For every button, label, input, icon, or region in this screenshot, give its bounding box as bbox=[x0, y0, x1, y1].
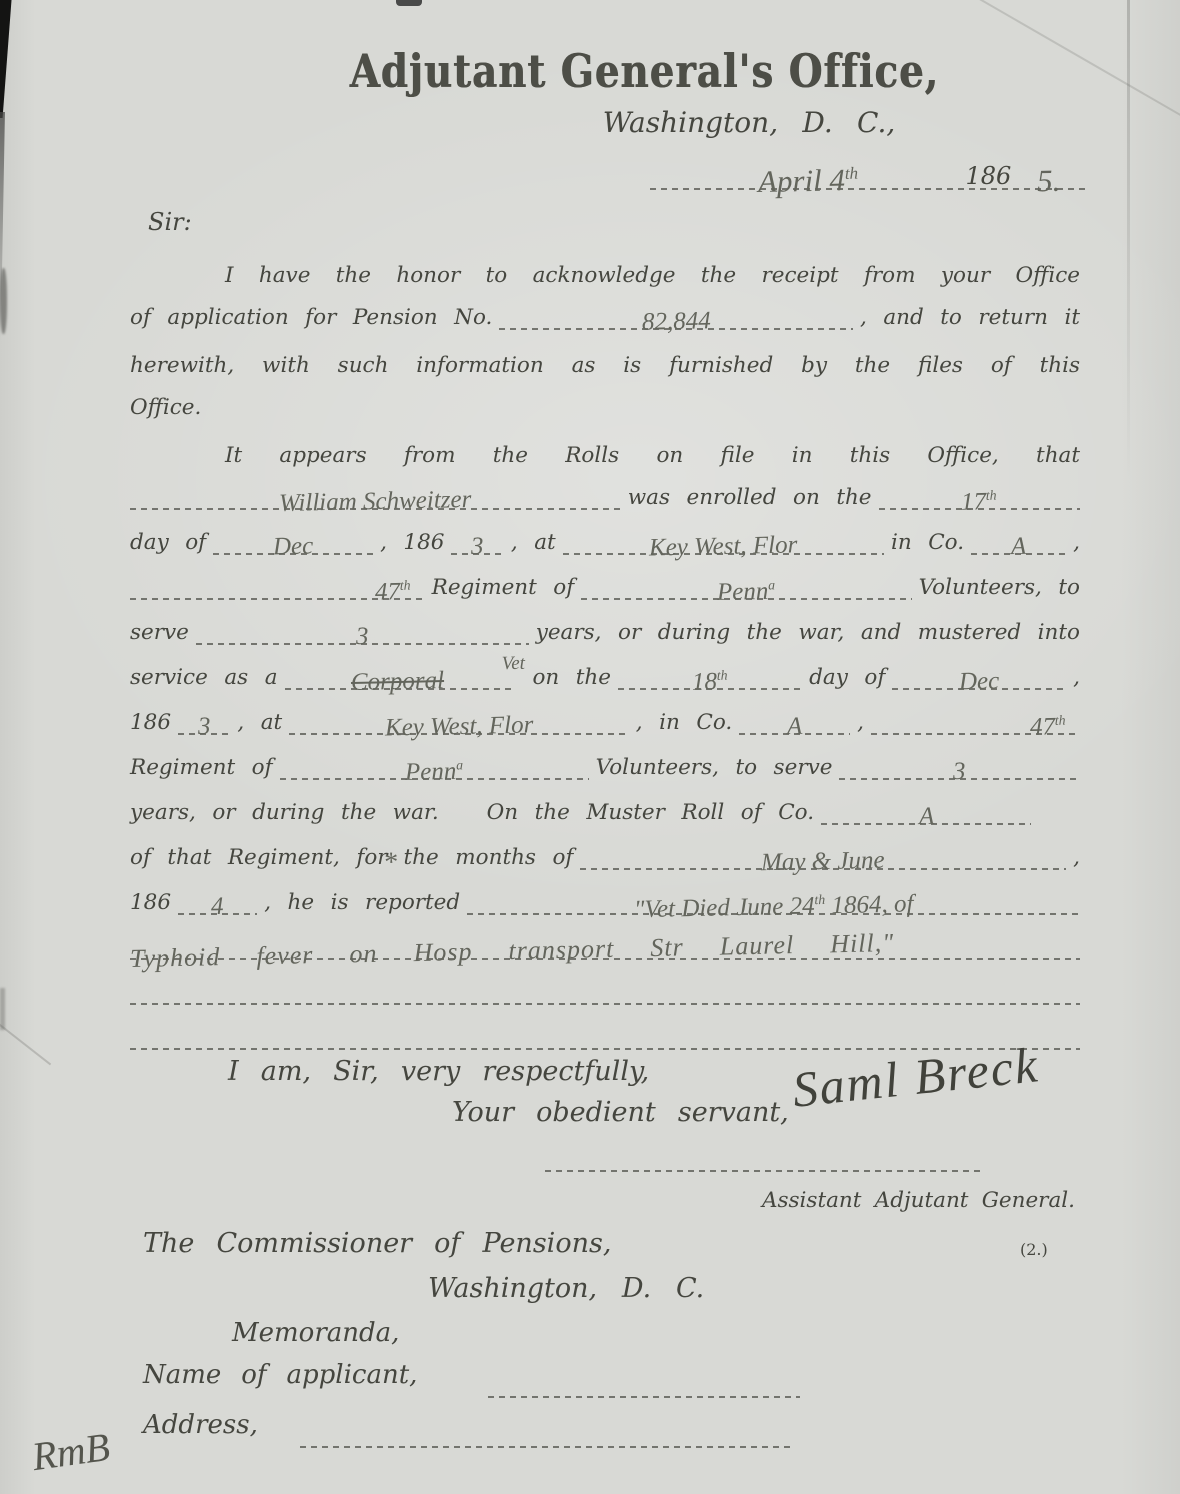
handwritten-entry: 47th bbox=[1030, 713, 1066, 742]
handwritten-entry: William Schweitzer bbox=[279, 487, 472, 519]
handwritten-entry: A bbox=[918, 804, 934, 832]
applicant-name-blank bbox=[488, 1396, 800, 1398]
salutation: Sir: bbox=[148, 208, 192, 236]
handwritten-entry: "Vet Died June 24th 1864, of bbox=[634, 891, 914, 925]
printed-text: 186 bbox=[130, 890, 171, 922]
filled-blank: "Vet Died June 24th 1864, of bbox=[467, 894, 1080, 922]
printed-text: of that Regiment, for bbox=[130, 845, 388, 877]
letter-line: Typhoid fever on Hosp transport Str Laur… bbox=[130, 922, 1080, 967]
handwritten-entry: 3 bbox=[953, 759, 966, 787]
closing-servant: Your obedient servant, bbox=[452, 1097, 789, 1128]
printed-text: , at bbox=[237, 710, 282, 742]
printed-text: herewith, with such information as is fu… bbox=[130, 353, 1080, 378]
superscript-note: Vet bbox=[502, 654, 526, 697]
addressee-city: Washington, D. C. bbox=[428, 1273, 704, 1304]
date-handwritten: April 4th bbox=[757, 164, 858, 199]
letterhead-title: Adjutant General's Office, bbox=[18, 45, 1163, 99]
filled-blank: Corporal bbox=[285, 669, 512, 697]
filled-blank: William Schweitzer bbox=[130, 489, 621, 517]
date-dashes bbox=[650, 188, 1086, 190]
handwritten-entry: 82,844 bbox=[642, 308, 711, 337]
pencil-initials: RmB bbox=[29, 1423, 113, 1480]
letter-line: Regiment ofPennaVolunteers, to serve3 bbox=[130, 742, 1080, 787]
handwritten-entry: 47th bbox=[375, 578, 411, 607]
filled-blank: Penna bbox=[581, 579, 911, 607]
filled-blank: Key West, Flor bbox=[563, 534, 884, 562]
printed-text: serve bbox=[130, 620, 189, 652]
handwritten-entry: Key West, Flor bbox=[649, 532, 798, 563]
letter-line: service as aCorporalVeton the18thday ofD… bbox=[130, 652, 1080, 697]
printed-text: Regiment of bbox=[130, 755, 273, 787]
address-blank bbox=[300, 1446, 792, 1448]
filled-blank: 47th bbox=[130, 579, 425, 607]
letter-line: 1864, he is reported"Vet Died June 24th … bbox=[130, 877, 1080, 922]
date-year-handwritten: 5. bbox=[1037, 165, 1061, 198]
printed-text: years, or during the war, and mustered i… bbox=[536, 620, 1080, 652]
filled-blank: A bbox=[821, 804, 1031, 832]
letter-line: herewith, with such information as is fu… bbox=[130, 337, 1080, 382]
printed-text: , bbox=[1073, 845, 1080, 877]
filled-blank: Dec bbox=[213, 534, 373, 562]
letterhead-city: Washington, D. C., bbox=[0, 106, 1180, 139]
printed-text: , he is reported bbox=[264, 890, 460, 922]
printed-text: It appears from the Rolls on file in thi… bbox=[225, 443, 1080, 468]
printed-text: Regiment of bbox=[432, 575, 575, 607]
handwritten-entry: 3 bbox=[356, 624, 369, 652]
handwritten-entry: A bbox=[787, 714, 803, 742]
letter-body: I have the honor to acknowledge the rece… bbox=[130, 247, 1080, 1057]
filled-blank: 82,844 bbox=[499, 309, 853, 337]
handwritten-entry: A bbox=[1011, 534, 1027, 562]
handwritten-entry: Penna bbox=[405, 758, 464, 788]
letter-line: William Schweitzerwas enrolled on the17t… bbox=[130, 472, 1080, 517]
printed-text: , in Co. bbox=[636, 710, 732, 742]
printed-text: was enrolled on the bbox=[628, 485, 872, 517]
printed-text: day of bbox=[809, 665, 885, 697]
page-number-marker: (2.) bbox=[1020, 1240, 1048, 1259]
printed-text: , bbox=[1073, 530, 1080, 562]
printed-text: 186 bbox=[130, 710, 171, 742]
printed-text: Office. bbox=[130, 395, 201, 427]
blank-dashes bbox=[130, 1003, 1080, 1005]
letter-line: years, or during the war.On the Muster R… bbox=[130, 787, 1080, 832]
filled-blank: A bbox=[971, 534, 1066, 562]
address-label: Address, bbox=[143, 1410, 258, 1440]
letter-line: Office. bbox=[130, 382, 1080, 427]
filled-blank: 3 bbox=[196, 624, 529, 652]
applicant-name-label: Name of applicant, bbox=[143, 1360, 417, 1390]
filled-blank: Key West, Flor bbox=[289, 714, 629, 742]
printed-text: , and to return it bbox=[860, 305, 1080, 337]
handwritten-entry: Dec bbox=[273, 534, 314, 563]
date-seg: 5. bbox=[1011, 165, 1086, 198]
handwritten-entry: Key West, Flor bbox=[385, 712, 534, 743]
printed-text: the months of bbox=[404, 845, 574, 877]
letter-line: 47thRegiment ofPennaVolunteers, to bbox=[130, 562, 1080, 607]
scan-edge-wedge bbox=[0, 0, 16, 118]
filled-blank: A bbox=[739, 714, 850, 742]
closing-respectfully: I am, Sir, very respectfully, bbox=[228, 1056, 649, 1087]
printed-text: years, or during the war. bbox=[130, 800, 439, 832]
handwritten-entry: 3 bbox=[471, 534, 484, 562]
printed-text: , 186 bbox=[380, 530, 444, 562]
filled-blank: Typhoid fever on Hosp transport Str Laur… bbox=[130, 938, 1080, 967]
date-seg: April 4th bbox=[650, 165, 965, 198]
paper-crease bbox=[0, 1021, 51, 1066]
filled-blank: 4 bbox=[178, 894, 257, 922]
printed-text: , bbox=[857, 710, 864, 742]
handwritten-entry: 17th bbox=[961, 488, 997, 517]
filled-blank: Dec bbox=[892, 669, 1066, 697]
addressee-line: The Commissioner of Pensions, bbox=[143, 1228, 611, 1259]
filled-blank: 3 bbox=[451, 534, 503, 562]
printed-text: day of bbox=[130, 530, 206, 562]
scanned-letter-page: Adjutant General's Office, Washington, D… bbox=[0, 0, 1180, 1494]
handwritten-entry: May & June bbox=[761, 848, 885, 879]
filled-blank: 18th bbox=[618, 669, 802, 697]
letter-line: day ofDec, 1863, atKey West, Florin Co.A… bbox=[130, 517, 1080, 562]
strikethrough-entry: Corporal bbox=[351, 668, 445, 698]
superscript-note: * bbox=[382, 849, 397, 877]
printed-text: service as a bbox=[130, 665, 278, 697]
printed-text: of application for Pension No. bbox=[130, 305, 492, 337]
printed-text: , bbox=[1073, 665, 1080, 697]
letter-line: serve3years, or during the war, and must… bbox=[130, 607, 1080, 652]
memoranda-heading: Memoranda, bbox=[232, 1318, 399, 1348]
filled-blank: 3 bbox=[839, 759, 1080, 787]
filled-blank: 3 bbox=[178, 714, 230, 742]
handwritten-entry: Penna bbox=[717, 578, 776, 608]
handwritten-entry: 18th bbox=[692, 668, 728, 697]
letter-line: of that Regiment, for*the months ofMay &… bbox=[130, 832, 1080, 877]
date-year-printed: 186 bbox=[965, 162, 1011, 198]
letter-line: of application for Pension No.82,844, an… bbox=[130, 292, 1080, 337]
printed-text: On the Muster Roll of Co. bbox=[487, 800, 814, 832]
letter-line bbox=[130, 967, 1080, 1012]
printed-text: Volunteers, to serve bbox=[596, 755, 833, 787]
printed-text: Volunteers, to bbox=[919, 575, 1080, 607]
handwritten-entry: Dec bbox=[959, 669, 1000, 698]
filled-blank: 47th bbox=[871, 714, 1080, 742]
edge-mark bbox=[396, 0, 422, 6]
signature-underline bbox=[545, 1170, 985, 1172]
printed-text: on the bbox=[532, 665, 611, 697]
printed-text: I have the honor to acknowledge the rece… bbox=[225, 263, 1080, 288]
letter-line: It appears from the Rolls on file in thi… bbox=[130, 427, 1080, 472]
filled-blank: 17th bbox=[879, 489, 1080, 517]
filled-blank: May & June bbox=[580, 849, 1066, 877]
printed-text: , at bbox=[511, 530, 556, 562]
letter-line: 1863, atKey West, Flor, in Co.A,47th bbox=[130, 697, 1080, 742]
handwritten-entry: 4 bbox=[211, 894, 224, 922]
handwritten-entry: 3 bbox=[198, 714, 211, 742]
edge-smudge bbox=[0, 268, 7, 334]
date-line: April 4th 186 5. bbox=[650, 150, 1086, 198]
signer-title: Assistant Adjutant General. bbox=[700, 1188, 1075, 1213]
printed-text: in Co. bbox=[891, 530, 964, 562]
letter-line: I have the honor to acknowledge the rece… bbox=[130, 247, 1080, 292]
filled-blank: Penna bbox=[280, 759, 589, 787]
